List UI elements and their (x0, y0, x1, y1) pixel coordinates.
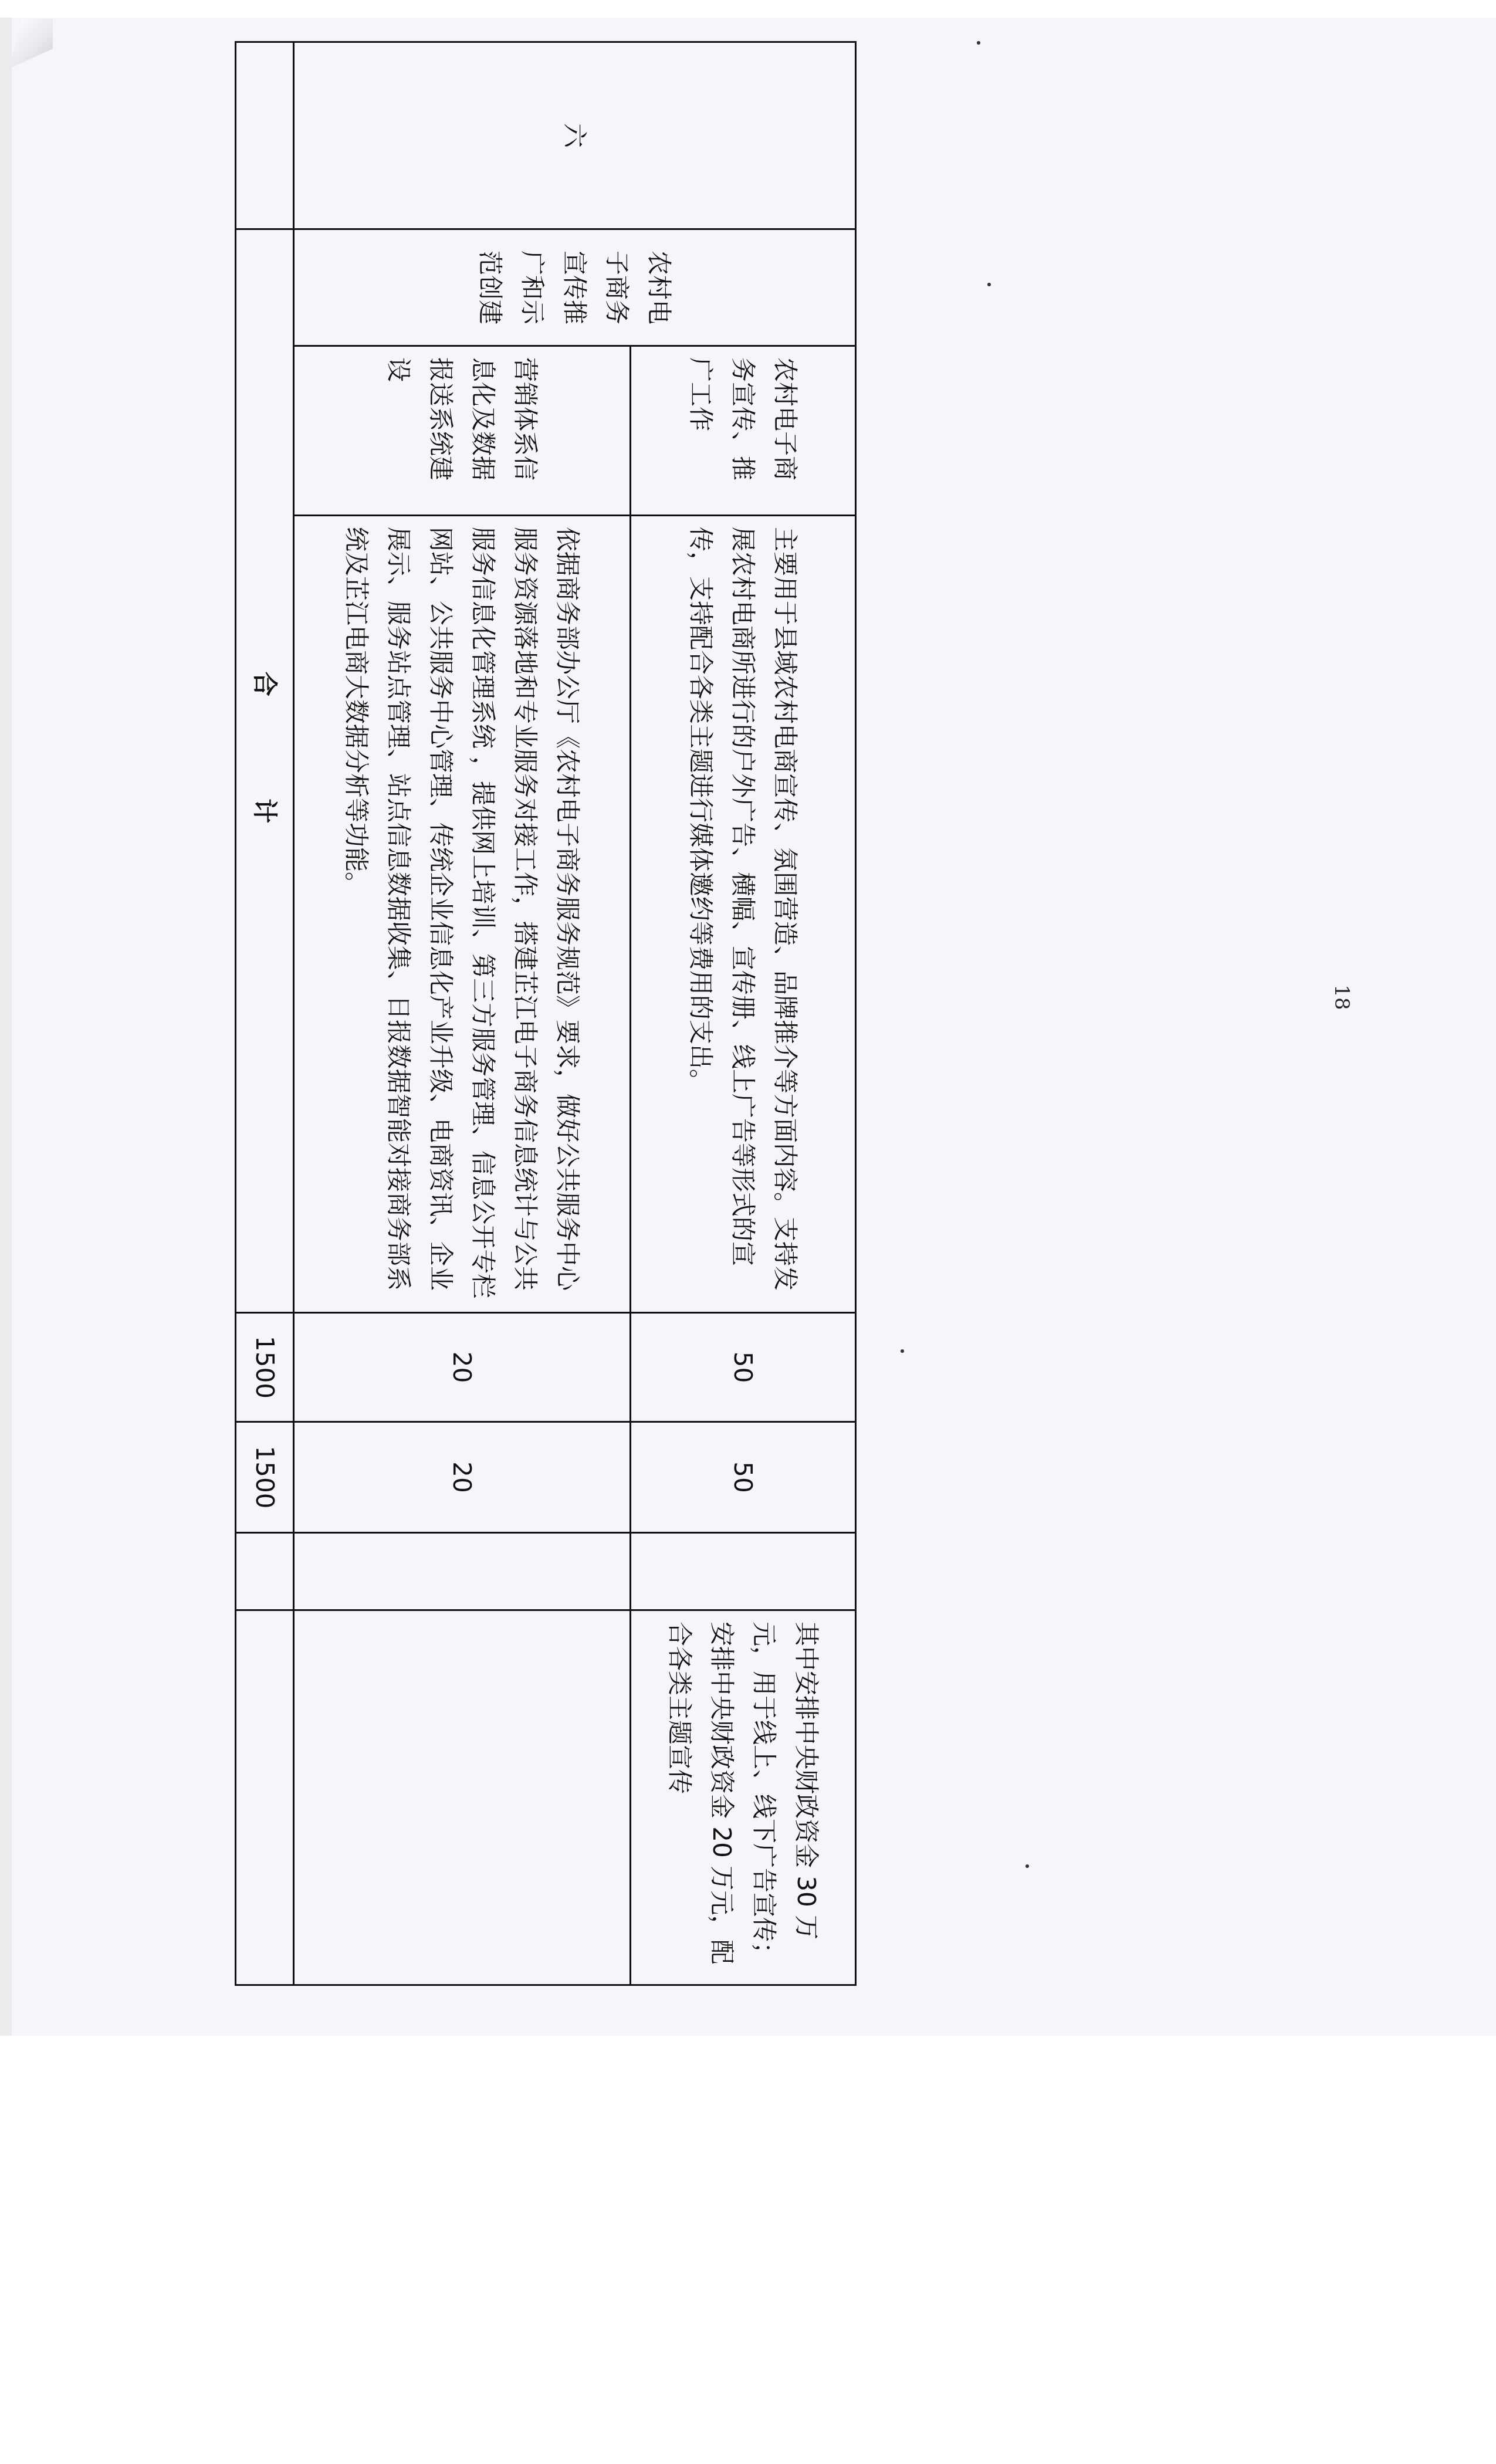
rotated-table-container: 六 农村电子商务宣传推广和示范创建 农村电子商务宣传、推广工作 主要用于县域农村… (235, 41, 857, 1801)
total-amount-total: 1500 (236, 1313, 294, 1422)
total-empty-cell (236, 42, 294, 229)
note-cell (293, 1610, 630, 1985)
total-empty-cell (236, 1533, 294, 1610)
scan-speck (901, 1349, 904, 1353)
description-cell: 主要用于县域农村电商宣传、氛围营造、品牌推介等方面内容。支持发展农村电商所进行的… (631, 516, 856, 1313)
category-cell: 农村电子商务宣传推广和示范创建 (293, 229, 855, 346)
total-row: 合 计 1500 1500 (236, 42, 294, 1985)
sequence-cell: 六 (293, 42, 855, 229)
total-amount-central: 1500 (236, 1422, 294, 1533)
amount-total-cell: 20 (293, 1313, 630, 1422)
page-number: 18 (1330, 984, 1353, 1010)
empty-cell (293, 1533, 630, 1610)
description-cell: 依据商务部办公厅《农村电子商务服务规范》要求，做好公共服务中心服务资源落地和专业… (293, 516, 630, 1313)
note-cell: 其中安排中央财政资金 30 万元，用于线上、线下广告宣传；安排中央财政资金 20… (631, 1610, 856, 1985)
budget-table: 六 农村电子商务宣传推广和示范创建 农村电子商务宣传、推广工作 主要用于县域农村… (235, 41, 857, 1986)
scan-speck (1025, 1864, 1029, 1868)
amount-central-cell: 50 (631, 1422, 856, 1533)
amount-total-cell: 50 (631, 1313, 856, 1422)
project-cell: 营销体系信息化及数据报送系统建设 (293, 346, 630, 516)
empty-cell (631, 1533, 856, 1610)
amount-central-cell: 20 (293, 1422, 630, 1533)
scan-speck (987, 283, 991, 286)
scan-speck (977, 41, 980, 45)
total-label: 合 计 (236, 229, 294, 1313)
total-note-cell (236, 1610, 294, 1985)
scan-edge (0, 18, 12, 2036)
table-row: 六 农村电子商务宣传推广和示范创建 农村电子商务宣传、推广工作 主要用于县域农村… (631, 42, 856, 1985)
project-cell: 农村电子商务宣传、推广工作 (631, 346, 856, 516)
